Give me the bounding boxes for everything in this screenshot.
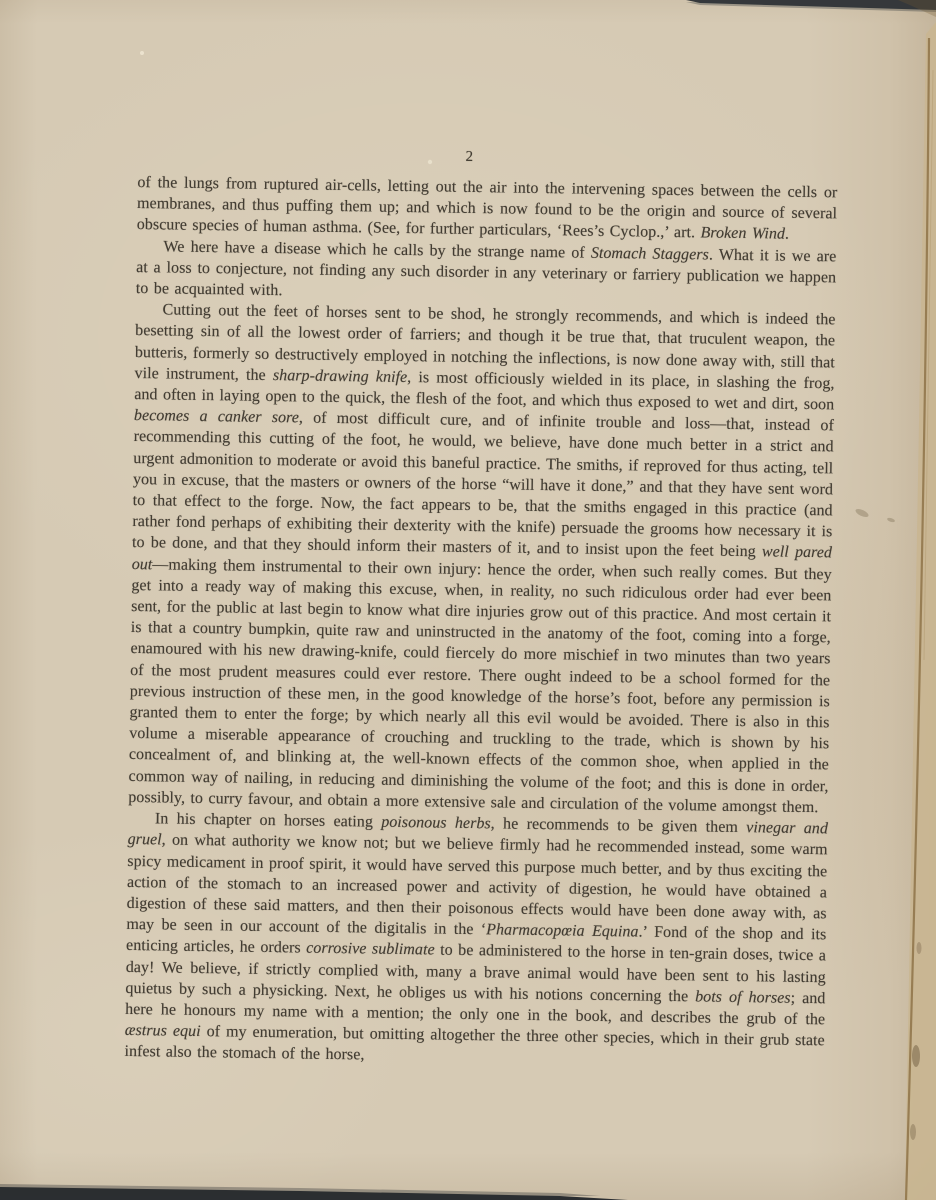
text-run: of my enumeration, but omitting altogeth… — [124, 1023, 824, 1064]
text-run: . — [785, 226, 789, 243]
paragraph: We here have a disease which he calls by… — [136, 236, 837, 310]
italic-text-run: Broken Wind — [700, 225, 785, 243]
text-run: , of most difficult cure, and of infinit… — [132, 410, 834, 561]
paragraph: Cutting out the feet of horses sent to b… — [128, 299, 835, 818]
italic-text-run: poisonous herbs — [381, 814, 491, 833]
page-text-block: 2 of the lungs from ruptured air-cells, … — [124, 144, 838, 1073]
text-run: We here have a disease which he calls by… — [163, 238, 591, 261]
text-run: —making them instrumental to their own i… — [128, 556, 832, 816]
italic-text-run: Stomach Staggers — [591, 244, 709, 263]
body-text: of the lungs from ruptured air-cells, le… — [124, 172, 837, 1073]
text-run: In his chapter on horses eating — [155, 810, 382, 830]
italic-text-run: Pharmacopœia Equina — [486, 921, 639, 940]
text-run: , on what authority we know not; but we … — [126, 832, 827, 939]
paragraph: of the lungs from ruptured air-cells, le… — [137, 172, 838, 246]
text-run: , he recommends to be given them — [491, 815, 747, 836]
scanned-book-page: 2 of the lungs from ruptured air-cells, … — [0, 0, 936, 1200]
italic-text-run: becomes a canker sore — [134, 407, 299, 426]
italic-text-run: sharp-drawing knife — [273, 367, 408, 386]
italic-text-run: æstrus equi — [125, 1022, 201, 1040]
paragraph: In his chapter on horses eating poisonou… — [124, 808, 828, 1073]
italic-text-run: bots of horses — [695, 988, 791, 1006]
italic-text-run: corrosive sublimate — [306, 940, 435, 959]
